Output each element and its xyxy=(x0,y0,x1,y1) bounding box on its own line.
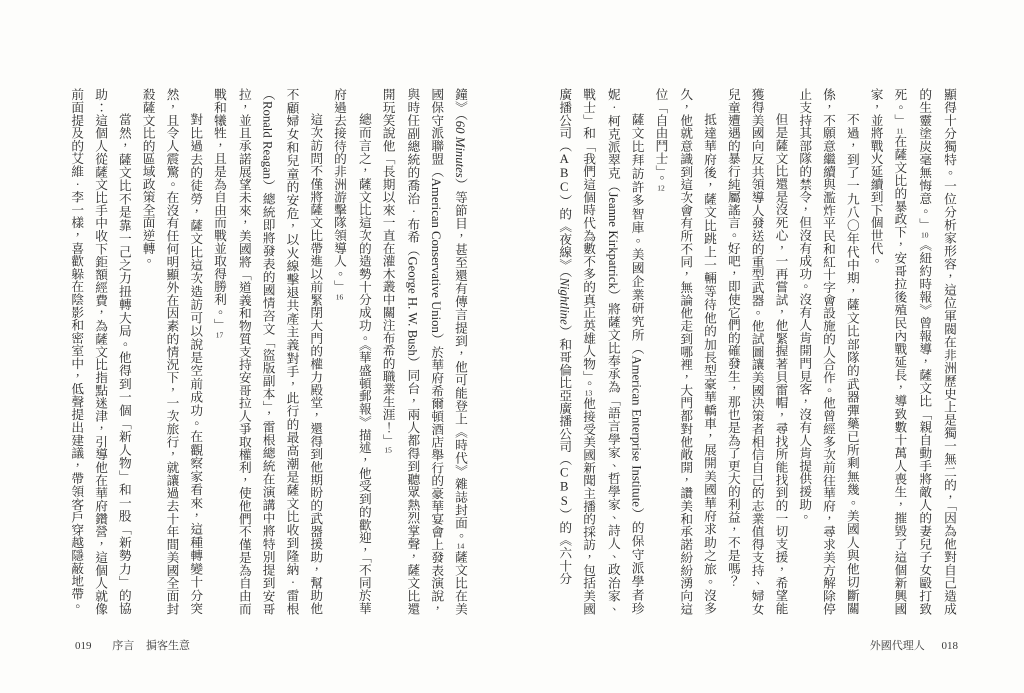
footnote-marker: 16 xyxy=(335,293,344,301)
footer-section-label: 序言 xyxy=(112,637,134,653)
latin-run: American Conservative Union xyxy=(429,178,443,333)
footnote-marker: 13 xyxy=(584,389,593,397)
footer-chapter-title: 掮客生意 xyxy=(146,637,190,653)
paragraph: 這次訪問不僅將薩文比帶進以前緊閉大門的權力殿堂，還得到他期盼的武器援助，幫助他不… xyxy=(206,88,326,615)
footnote-marker: 14 xyxy=(456,542,465,550)
text-run: 鐘》（ xyxy=(453,88,467,121)
footnote-marker: 17 xyxy=(215,331,224,339)
text-run: ）的《六十分 xyxy=(557,508,571,585)
acronym-run: ABC xyxy=(557,152,571,194)
text-run: ）的《夜線》（ xyxy=(557,194,571,277)
paragraph: 不過，到了一九八〇年代中期，薩文比部隊的武器彈藥已所剩無幾。美國人與他切斷關係，… xyxy=(791,88,862,615)
footnote-marker: 10 xyxy=(920,231,929,239)
text-run: 總而言之，薩文比這次的造勢十分成功。《華盛頓郵報》描述，他受到的歡迎，「不同於華… xyxy=(332,88,371,615)
footer-left: 019 序言 掮客生意 xyxy=(75,637,190,653)
text-run: 不過，到了一九八〇年代中期，薩文比部隊的武器彈藥已所剩無幾。美國人與他切斷關係，… xyxy=(797,88,859,615)
acronym-run: CBS xyxy=(557,466,571,508)
latin-run: George H. W. Bush xyxy=(405,257,419,356)
text-run: 當然，薩文比不是靠一己之力扭轉大局。他得到一個「新人物」和一股「新勢力」的協助：… xyxy=(69,88,131,615)
text-run: ）和哥倫比亞廣播公司（ xyxy=(557,325,571,466)
text-run: 在薩文比的暴政下，安哥拉後殖民內戰延長，導致數十萬人喪生，摧毀了這個新興國家，並… xyxy=(869,88,907,615)
latin-title-run: Nightline xyxy=(557,278,571,325)
text-run: 抵達華府後，薩文比跳上一輛等待他的加長型豪華轎車，展開美國華府求助之旅。沒多久，… xyxy=(653,88,716,615)
book-spread: 顯得十分獨特。一位分析家形容，這位軍閥在非洲歷史上是獨一無二的，「因為他對自己造… xyxy=(0,0,1024,693)
paragraph: 抵達華府後，薩文比跳上一輛等待他的加長型豪華轎車，展開美國華府求助之旅。沒多久，… xyxy=(648,88,720,615)
text-run: 但是薩文比還是沒死心，一再嘗試，他緊握著貝雷帽，尋找所能找到的一切支援，希望能獲… xyxy=(726,88,788,615)
footnote-marker: 11 xyxy=(895,127,904,135)
latin-title-run: 60 Minutes xyxy=(453,121,467,178)
paragraph: 鐘》（60 Minutes）等節目，甚至還有傳言提到，他可能登上《時代》雜誌封面… xyxy=(375,88,472,615)
footnote-marker: 12 xyxy=(656,184,665,192)
page-left-text: 鐘》（60 Minutes）等節目，甚至還有傳言提到，他可能登上《時代》雜誌封面… xyxy=(66,88,472,615)
latin-run: American Enterprise Institute xyxy=(630,356,644,507)
text-run: 薩文比拜訪許多智庫。美國企業研究所（ xyxy=(630,113,644,355)
paragraph: 顯得十分獨特。一位分析家形容，這位軍閥在非洲歷史上是獨一無二的，「因為他對自己造… xyxy=(863,88,960,615)
page-number-right: 018 xyxy=(942,640,959,652)
paragraph: 對比過去的徒勞，薩文比這次造訪可以說是空前成功。在觀察家看來，這種轉變十分突然，… xyxy=(135,88,206,615)
text-run: 對比過去的徒勞，薩文比這次造訪可以說是空前成功。在觀察家看來，這種轉變十分突然，… xyxy=(141,88,203,615)
paragraph: 當然，薩文比不是靠一己之力扭轉大局。他得到一個「新人物」和一股「新勢力」的協助：… xyxy=(63,88,134,615)
latin-run: Jeanne Kirkpatrick xyxy=(606,192,620,288)
footnote-marker: 15 xyxy=(384,446,393,454)
page-number-left: 019 xyxy=(75,640,92,652)
paragraph: 總而言之，薩文比這次的造勢十分成功。《華盛頓郵報》描述，他受到的歡迎，「不同於華… xyxy=(326,88,375,615)
latin-run: Ronald Reagan xyxy=(261,101,275,179)
text-run: ）等節目，甚至還有傳言提到，他可能登上《時代》雜誌封面。 xyxy=(453,178,467,543)
footer-book-title: 外國代理人 xyxy=(870,637,925,653)
paragraph: 薩文比拜訪許多智庫。美國企業研究所（American Enterprise In… xyxy=(551,88,647,615)
paragraph: 但是薩文比還是沒死心，一再嘗試，他緊握著貝雷帽，尋找所能找到的一切支援，希望能獲… xyxy=(720,88,791,615)
footer-right: 外國代理人 018 xyxy=(870,637,958,653)
page-right-text: 顯得十分獨特。一位分析家形容，這位軍閥在非洲歷史上是獨一無二的，「因為他對自己造… xyxy=(554,88,960,615)
